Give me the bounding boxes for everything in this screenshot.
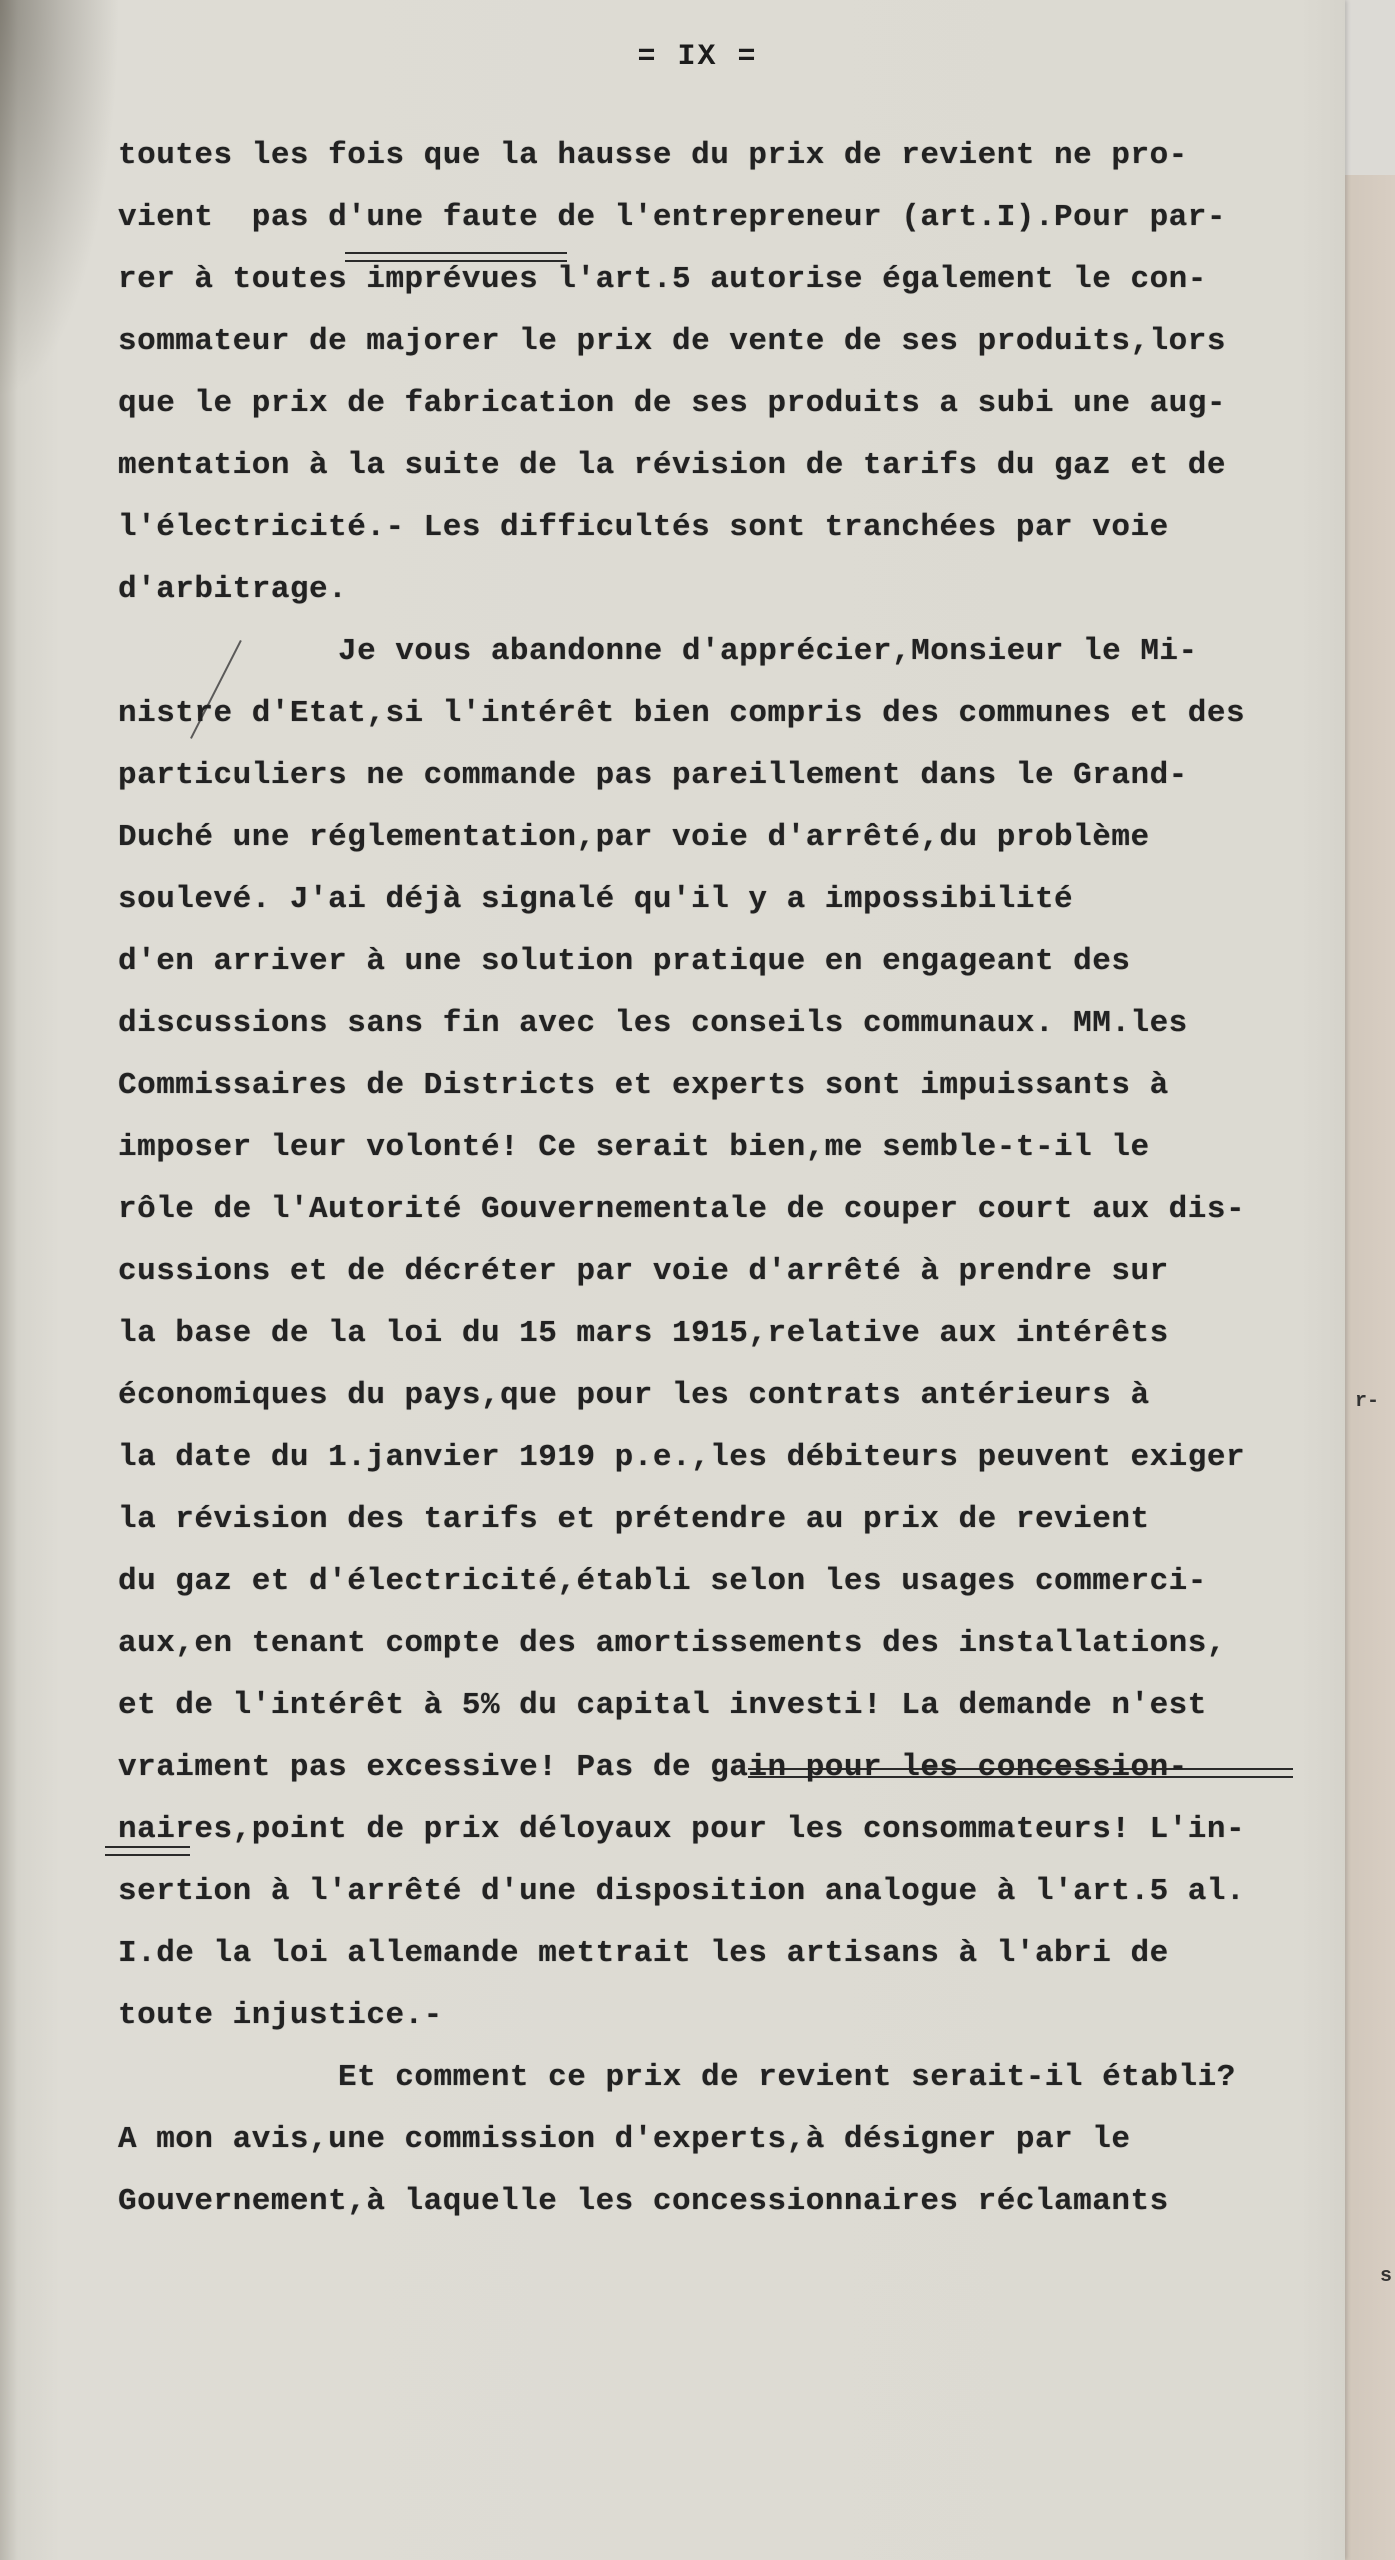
text-line: vraiment pas excessive! Pas de gain pour…	[118, 1737, 1348, 1799]
text-line: vient pas d'une faute de l'entrepreneur …	[118, 187, 1348, 249]
text-line: cussions et de décréter par voie d'arrêt…	[118, 1241, 1348, 1303]
text-line: d'arbitrage.	[118, 559, 1348, 621]
paragraph-start-line: Et comment ce prix de revient serait-il …	[118, 2047, 1348, 2109]
margin-mark: s	[1380, 2265, 1392, 2288]
text-line: aux,en tenant compte des amortissements …	[118, 1613, 1348, 1675]
text-line: A mon avis,une commission d'experts,à dé…	[118, 2109, 1348, 2171]
text-line: rer à toutes imprévues l'art.5 autorise …	[118, 249, 1348, 311]
text-line: économiques du pays,que pour les contrat…	[118, 1365, 1348, 1427]
text-line: imposer leur volonté! Ce serait bien,me …	[118, 1117, 1348, 1179]
text-line: particuliers ne commande pas pareillemen…	[118, 745, 1348, 807]
text-line: rôle de l'Autorité Gouvernementale de co…	[118, 1179, 1348, 1241]
page-number: = IX =	[0, 40, 1395, 74]
text-line: du gaz et d'électricité,établi selon les…	[118, 1551, 1348, 1613]
text-line: et de l'intérêt à 5% du capital investi!…	[118, 1675, 1348, 1737]
text-line: naires,point de prix déloyaux pour les c…	[118, 1799, 1348, 1861]
text-line: la révision des tarifs et prétendre au p…	[118, 1489, 1348, 1551]
paragraph-start-line: Je vous abandonne d'apprécier,Monsieur l…	[118, 621, 1348, 683]
text-line: Commissaires de Districts et experts son…	[118, 1055, 1348, 1117]
text-line: toute injustice.-	[118, 1985, 1348, 2047]
text-line: mentation à la suite de la révision de t…	[118, 435, 1348, 497]
text-line: soulevé. J'ai déjà signalé qu'il y a imp…	[118, 869, 1348, 931]
text-line: Gouvernement,à laquelle les concessionna…	[118, 2171, 1348, 2233]
text-line: que le prix de fabrication de ses produi…	[118, 373, 1348, 435]
text-line: la base de la loi du 15 mars 1915,relati…	[118, 1303, 1348, 1365]
text-line: sommateur de majorer le prix de vente de…	[118, 311, 1348, 373]
text-line: sertion à l'arrêté d'une disposition ana…	[118, 1861, 1348, 1923]
text-line: la date du 1.janvier 1919 p.e.,les débit…	[118, 1427, 1348, 1489]
text-line: l'électricité.- Les difficultés sont tra…	[118, 497, 1348, 559]
typewritten-page: = IX = toutes les fois que la hausse du …	[0, 0, 1345, 2560]
margin-mark: r-	[1355, 1390, 1379, 1413]
text-line: I.de la loi allemande mettrait les artis…	[118, 1923, 1348, 1985]
text-line: toutes les fois que la hausse du prix de…	[118, 125, 1348, 187]
body-text: toutes les fois que la hausse du prix de…	[118, 125, 1348, 2233]
text-line: Duché une réglementation,par voie d'arrê…	[118, 807, 1348, 869]
text-line: discussions sans fin avec les conseils c…	[118, 993, 1348, 1055]
text-line: nistre d'Etat,si l'intérêt bien compris …	[118, 683, 1348, 745]
text-line: d'en arriver à une solution pratique en …	[118, 931, 1348, 993]
